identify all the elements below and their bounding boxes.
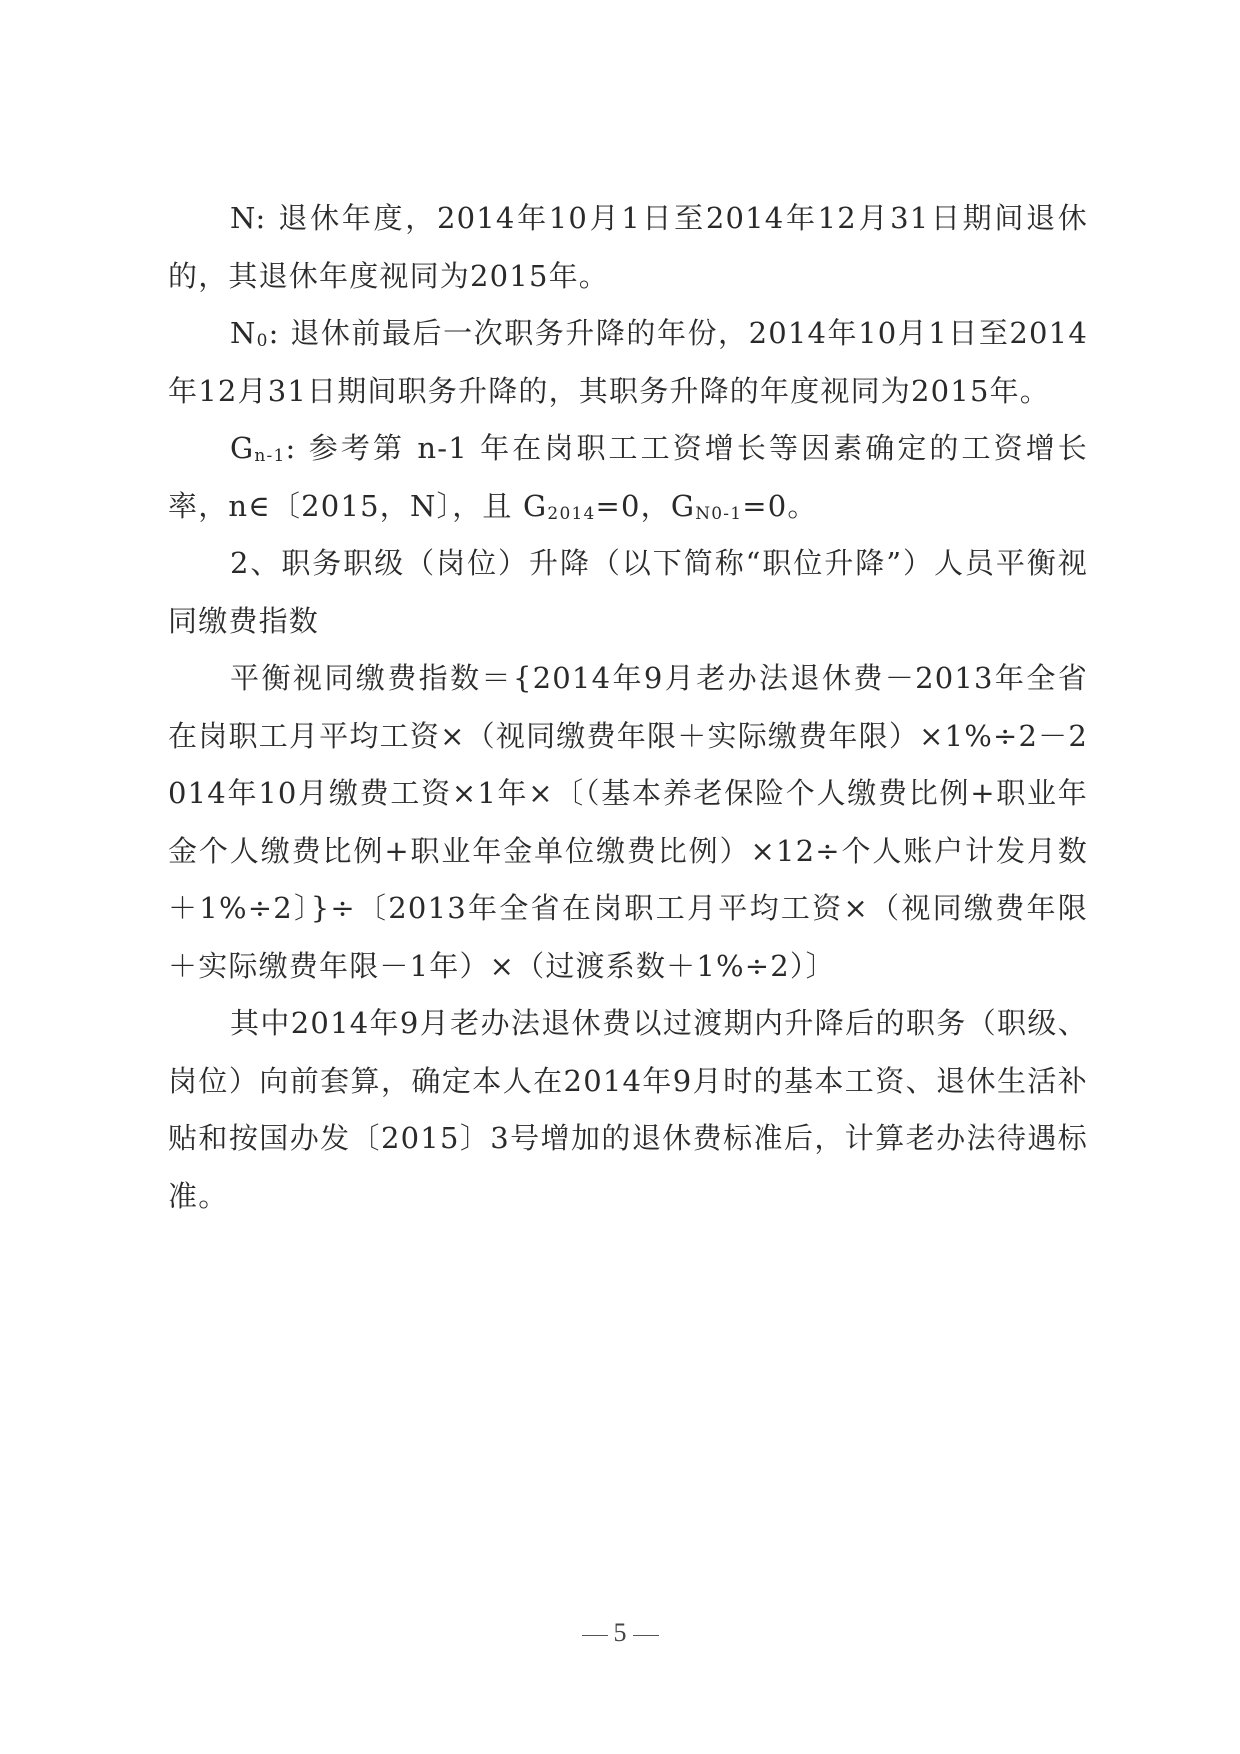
- GN0-1-value: =0。: [742, 489, 817, 523]
- balance-index-formula: 平衡视同缴费指数＝{2014年9月老办法退休费－2013年全省在岗职工月平均工资…: [168, 650, 1088, 995]
- page-number: 5: [614, 1618, 627, 1647]
- page-footer: 5: [0, 1618, 1240, 1648]
- definition-N0-text: : 退休前最后一次职务升降的年份，2014年10月1日至2014年12月31日期…: [168, 316, 1088, 408]
- definition-N0-symbol: N: [230, 316, 257, 350]
- definition-N0-subscript: 0: [257, 331, 269, 351]
- document-body: N: 退休年度，2014年10月1日至2014年12月31日期间退休的，其退休年…: [168, 190, 1088, 1225]
- definition-G-symbol: G: [230, 431, 254, 465]
- G2014-subscript: 2014: [547, 504, 595, 524]
- formula-note: 其中2014年9月老办法退休费以过渡期内升降后的职务（职级、岗位）向前套算，确定…: [168, 995, 1088, 1225]
- G2014-value: =0，G: [596, 489, 696, 523]
- definition-Gn-1: Gn-1: 参考第 n-1 年在岗职工工资增长等因素确定的工资增长率，n∈〔20…: [168, 420, 1088, 535]
- definition-N0: N0: 退休前最后一次职务升降的年份，2014年10月1日至2014年12月31…: [168, 305, 1088, 420]
- document-page: N: 退休年度，2014年10月1日至2014年12月31日期间退休的，其退休年…: [0, 0, 1240, 1754]
- footer-dash-right: [633, 1635, 659, 1636]
- footer-dash-left: [582, 1635, 608, 1636]
- definition-N: N: 退休年度，2014年10月1日至2014年12月31日期间退休的，其退休年…: [168, 190, 1088, 305]
- definition-G-subscript: n-1: [254, 446, 285, 466]
- GN0-1-subscript: N0-1: [695, 504, 742, 524]
- section-2-heading: 2、职务职级（岗位）升降（以下简称“职位升降”）人员平衡视同缴费指数: [168, 535, 1088, 650]
